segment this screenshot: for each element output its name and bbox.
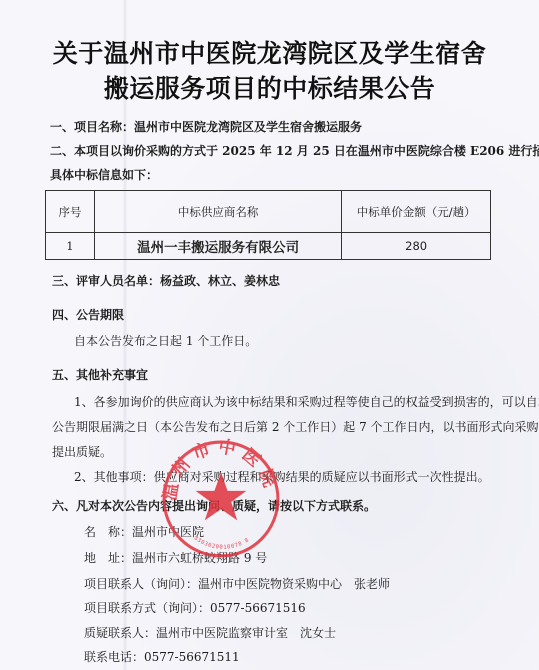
- document-title-line-2: 搬运服务项目的中标结果公告: [0, 69, 539, 105]
- section-2-line-2: 具体中标信息如下：: [50, 166, 158, 183]
- header-supplier: 中标供应商名称: [94, 191, 341, 233]
- contact-address: 地 址：温州市六虹桥蛟翔路 9 号: [84, 549, 267, 566]
- contact-complaint-phone: 联系电话：0577-56671511: [84, 648, 240, 665]
- award-table: 序号 中标供应商名称 中标单价金额（元/趟） 1 温州一丰搬运服务有限公司 28…: [45, 190, 491, 260]
- section-5-item-1-line-1: 1、各参加询价的供应商认为该中标结果和采购过程等使自己的权益受到损害的，可以自本: [74, 393, 539, 410]
- cell-supplier: 温州一丰搬运服务有限公司: [94, 233, 341, 260]
- cell-price: 280: [342, 233, 491, 260]
- section-5-item-1-line-3: 提出质疑。: [52, 443, 112, 460]
- section-5-item-2: 2、其他事项：供应商对采购过程和采购结果的质疑应以书面形式一次性提出。: [74, 468, 490, 485]
- contact-inquiry-person: 项目联系人（询问）：温州市中医院物资采购中心 张老师: [84, 575, 390, 592]
- section-6-heading: 六、凡对本次公告内容提出询问、质疑，请按以下方式联系。: [52, 497, 376, 514]
- table-row: 1 温州一丰搬运服务有限公司 280: [46, 233, 491, 260]
- document-title-line-1: 关于温州市中医院龙湾院区及学生宿舍: [0, 34, 539, 70]
- contact-complaint-person: 质疑联系人：温州市中医院监察审计室 沈女士: [84, 624, 336, 641]
- header-price: 中标单价金额（元/趟）: [342, 191, 491, 233]
- section-5-heading: 五、其他补充事宜: [52, 366, 148, 383]
- header-seq: 序号: [46, 191, 95, 233]
- cell-seq: 1: [46, 233, 95, 260]
- section-3-reviewers: 三、评审人员名单：杨益政、林立、姜林忠: [52, 272, 280, 289]
- contact-inquiry-phone: 项目联系方式（询问）：0577-56671516: [84, 599, 306, 616]
- section-4-heading: 四、公告期限: [52, 306, 124, 323]
- section-4-body: 自本公告发布之日起 1 个工作日。: [74, 332, 257, 349]
- document-page: 关于温州市中医院龙湾院区及学生宿舍 搬运服务项目的中标结果公告 一、项目名称：温…: [0, 0, 539, 670]
- award-table-header: 序号 中标供应商名称 中标单价金额（元/趟）: [46, 191, 491, 233]
- section-2-line-1: 二、本项目以询价采购的方式于 2025 年 12 月 25 日在温州市中医院综合…: [50, 142, 539, 159]
- section-5-item-1-line-2: 公告期限届满之日（本公告发布之日后第 2 个工作日）起 7 个工作日内，以书面形…: [52, 418, 539, 435]
- section-1-project-name: 一、项目名称：温州市中医院龙湾院区及学生宿舍搬运服务: [50, 118, 362, 135]
- contact-name: 名 称：温州市中医院: [84, 523, 204, 540]
